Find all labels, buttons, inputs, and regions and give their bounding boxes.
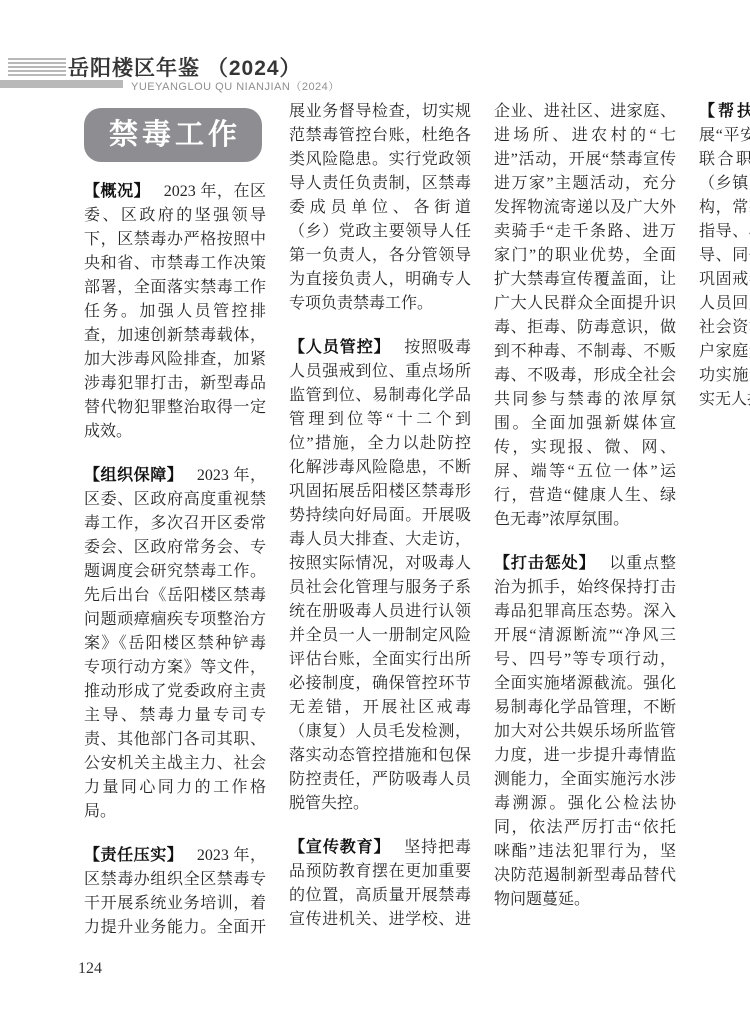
section-heading: 【概况】 (84, 183, 150, 200)
header-bar-decoration (0, 80, 123, 88)
section-heading: 【宣传教育】 (289, 839, 391, 856)
section-body: 以重点整治为抓手，始终保持打击毒品犯罪高压态势。深入开展“清源断流”“净风三号、… (494, 555, 676, 908)
article-title-box: 禁毒工作 (84, 108, 262, 162)
yearbook-page: 岳阳楼区年鉴 （2024） YUEYANGLOU QU NIANJIAN（202… (0, 0, 750, 1024)
section-body: 2023 年，在区委、区政府的坚强领导下，区禁毒办严格按照中央和省、市禁毒工作决… (84, 183, 266, 440)
author-signature: （刘 恒） (699, 412, 750, 436)
section-heading: 【责任压实】 (84, 847, 183, 864)
section-paragraph: 【概况】2023 年，在区委、区政府的坚强领导下，区禁毒办严格按照中央和省、市禁… (84, 180, 266, 444)
section-paragraph: 【帮扶救助】持续开展“平安关爱”行动，通过联合职能部门、各街道（乡镇）和第三方服… (699, 100, 750, 412)
article-title: 禁毒工作 (105, 123, 241, 147)
header-stripes-decoration (8, 58, 66, 76)
masthead-subtitle: YUEYANGLOU QU NIANJIAN（2024） (131, 78, 340, 94)
section-body: 持续开展“平安关爱”行动，通过联合职能部门、各街道（乡镇）和第三方服务机构，常态… (699, 103, 750, 408)
section-paragraph: 【人员管控】按照吸毒人员强戒到位、重点场所监管到位、易制毒化学品管理到位等“十二… (289, 336, 471, 816)
section-heading: 【组织保障】 (84, 467, 183, 484)
section-heading: 【打击惩处】 (494, 555, 596, 572)
section-heading: 【人员管控】 (289, 339, 391, 356)
section-heading: 【帮扶救助】 (699, 103, 750, 120)
section-body: 2023 年，区委、区政府高度重视禁毒工作，多次召开区委常委会、区政府常务会、专… (84, 467, 266, 820)
section-body: 按照吸毒人员强戒到位、重点场所监管到位、易制毒化学品管理到位等“十二个到位”措施… (289, 339, 471, 812)
section-paragraph: 【组织保障】2023 年，区委、区政府高度重视禁毒工作，多次召开区委常委会、区政… (84, 464, 266, 824)
section-paragraph: 【打击惩处】以重点整治为抓手，始终保持打击毒品犯罪高压态势。深入开展“清源断流”… (494, 552, 676, 912)
page-number: 124 (78, 960, 102, 978)
article-columns: 禁毒工作 【概况】2023 年，在区委、区政府的坚强领导下，区禁毒办严格按照中央… (84, 100, 676, 942)
